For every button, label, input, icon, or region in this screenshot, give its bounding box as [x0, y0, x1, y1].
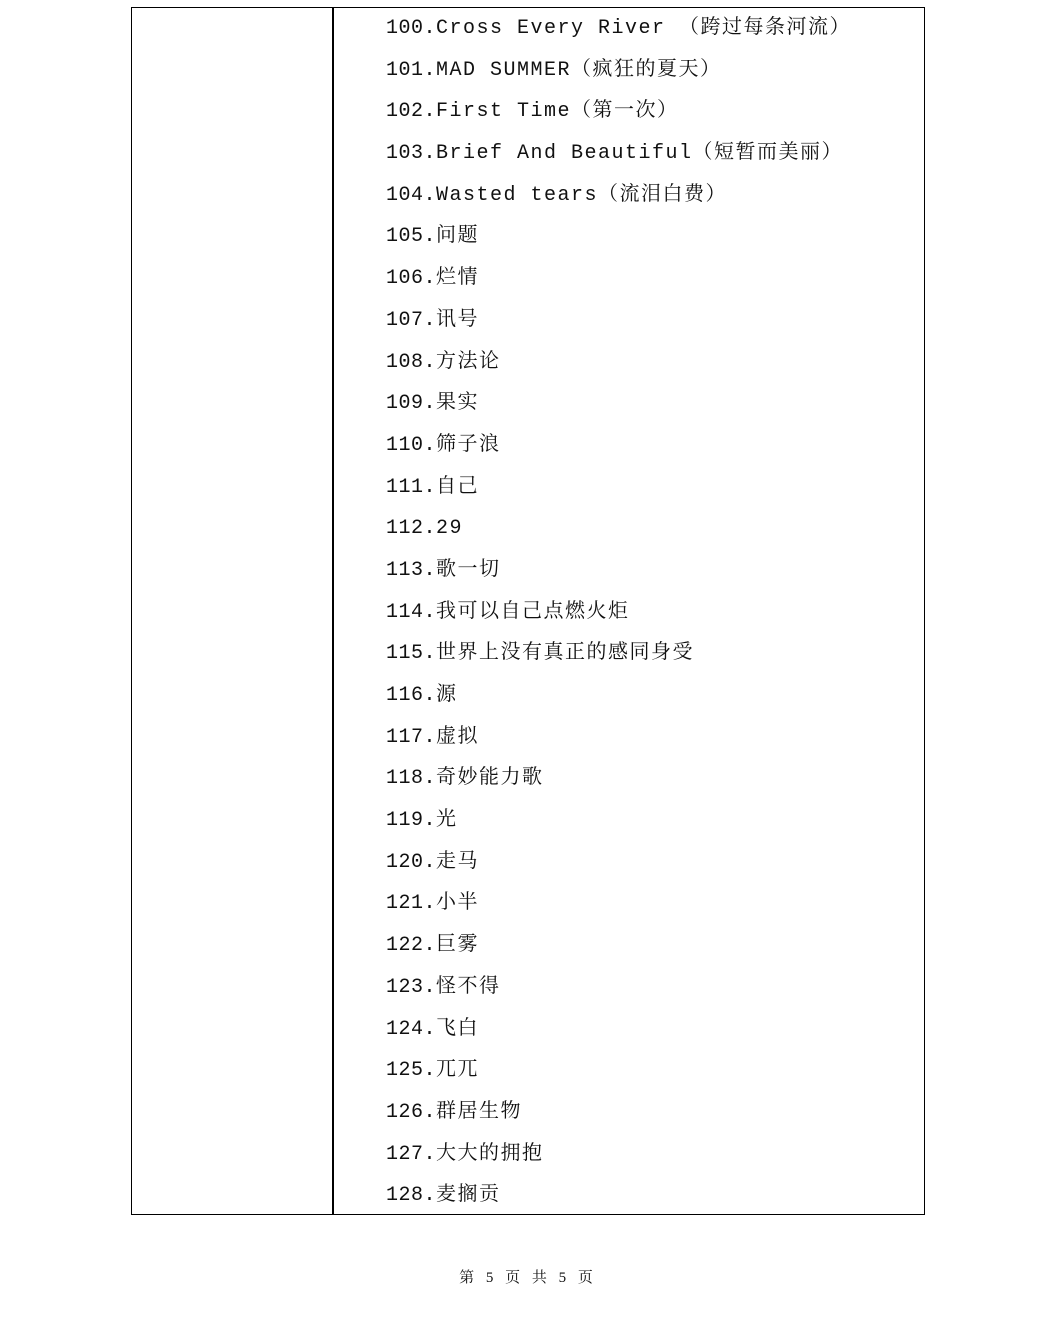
- item-title: 麦搁贡: [436, 1184, 501, 1207]
- item-title: Brief And Beautiful（短暂而美丽）: [436, 142, 843, 165]
- item-title: 烂情: [436, 267, 479, 290]
- item-title: Wasted tears（流泪白费）: [436, 184, 727, 207]
- item-number: 115.: [386, 642, 436, 665]
- item-number: 113.: [386, 559, 436, 582]
- item-number: 109.: [386, 392, 436, 415]
- item-number: 105.: [386, 225, 436, 248]
- page-number-footer: 第 5 页 共 5 页: [0, 1266, 1053, 1287]
- list-item: 122.巨雾: [386, 931, 851, 973]
- item-title: 29: [436, 517, 463, 540]
- list-item: 101.MAD SUMMER（疯狂的夏天）: [386, 56, 851, 98]
- item-title: 问题: [436, 225, 479, 248]
- item-title: 大大的拥抱: [436, 1143, 544, 1166]
- list-item: 124.飞白: [386, 1015, 851, 1057]
- item-title: 兀兀: [436, 1059, 479, 1082]
- item-number: 128.: [386, 1184, 436, 1207]
- table-left-cell: [132, 8, 332, 1214]
- item-number: 119.: [386, 809, 436, 832]
- item-title: 群居生物: [436, 1101, 522, 1124]
- item-number: 126.: [386, 1101, 436, 1124]
- item-number: 100.: [386, 17, 436, 40]
- item-title: 虚拟: [436, 726, 479, 749]
- item-number: 112.: [386, 517, 436, 540]
- list-item: 106.烂情: [386, 264, 851, 306]
- list-item: 100.Cross Every River （跨过每条河流）: [386, 14, 851, 56]
- item-number: 108.: [386, 351, 436, 374]
- item-title: 飞白: [436, 1018, 479, 1041]
- item-number: 116.: [386, 684, 436, 707]
- item-title: 巨雾: [436, 934, 479, 957]
- item-number: 118.: [386, 767, 436, 790]
- item-number: 123.: [386, 976, 436, 999]
- list-item: 117.虚拟: [386, 723, 851, 765]
- item-number: 102.: [386, 100, 436, 123]
- item-number: 104.: [386, 184, 436, 207]
- item-number: 114.: [386, 601, 436, 624]
- item-number: 127.: [386, 1143, 436, 1166]
- list-item: 120.走马: [386, 848, 851, 890]
- item-number: 120.: [386, 851, 436, 874]
- song-list-table: 100.Cross Every River （跨过每条河流） 101.MAD S…: [131, 7, 925, 1215]
- list-item: 111.自己: [386, 473, 851, 515]
- item-number: 107.: [386, 309, 436, 332]
- item-title: First Time（第一次）: [436, 100, 679, 123]
- table-right-cell: 100.Cross Every River （跨过每条河流） 101.MAD S…: [334, 8, 924, 1214]
- item-title: 世界上没有真正的感同身受: [436, 642, 694, 665]
- item-number: 101.: [386, 59, 436, 82]
- list-item: 127.大大的拥抱: [386, 1140, 851, 1182]
- item-title: 怪不得: [436, 976, 501, 999]
- item-title: MAD SUMMER（疯狂的夏天）: [436, 59, 722, 82]
- list-item: 104.Wasted tears（流泪白费）: [386, 181, 851, 223]
- list-item: 108.方法论: [386, 348, 851, 390]
- item-number: 124.: [386, 1018, 436, 1041]
- item-number: 125.: [386, 1059, 436, 1082]
- item-number: 117.: [386, 726, 436, 749]
- item-title: 筛子浪: [436, 434, 501, 457]
- list-item: 114.我可以自己点燃火炬: [386, 598, 851, 640]
- item-title: 果实: [436, 392, 479, 415]
- item-title: 走马: [436, 851, 479, 874]
- list-item: 126.群居生物: [386, 1098, 851, 1140]
- list-item: 125.兀兀: [386, 1056, 851, 1098]
- list-item: 105.问题: [386, 222, 851, 264]
- list-item: 121.小半: [386, 889, 851, 931]
- item-title: Cross Every River （跨过每条河流）: [436, 17, 851, 40]
- item-title: 方法论: [436, 351, 501, 374]
- item-title: 歌一切: [436, 559, 501, 582]
- item-title: 自己: [436, 476, 479, 499]
- item-number: 103.: [386, 142, 436, 165]
- item-title: 小半: [436, 892, 479, 915]
- item-number: 106.: [386, 267, 436, 290]
- list-item: 119.光: [386, 806, 851, 848]
- item-title: 源: [436, 684, 458, 707]
- list-item: 115.世界上没有真正的感同身受: [386, 639, 851, 681]
- item-number: 121.: [386, 892, 436, 915]
- item-title: 讯号: [436, 309, 479, 332]
- list-item: 118.奇妙能力歌: [386, 764, 851, 806]
- list-item: 113.歌一切: [386, 556, 851, 598]
- list-item: 123.怪不得: [386, 973, 851, 1015]
- list-item: 103.Brief And Beautiful（短暂而美丽）: [386, 139, 851, 181]
- list-item: 110.筛子浪: [386, 431, 851, 473]
- item-number: 110.: [386, 434, 436, 457]
- song-list: 100.Cross Every River （跨过每条河流） 101.MAD S…: [386, 14, 851, 1223]
- item-number: 111.: [386, 476, 436, 499]
- list-item: 128.麦搁贡: [386, 1181, 851, 1223]
- list-item: 107.讯号: [386, 306, 851, 348]
- item-number: 122.: [386, 934, 436, 957]
- list-item: 109.果实: [386, 389, 851, 431]
- list-item: 112.29: [386, 514, 851, 556]
- item-title: 我可以自己点燃火炬: [436, 601, 630, 624]
- item-title: 奇妙能力歌: [436, 767, 544, 790]
- item-title: 光: [436, 809, 458, 832]
- list-item: 102.First Time（第一次）: [386, 97, 851, 139]
- list-item: 116.源: [386, 681, 851, 723]
